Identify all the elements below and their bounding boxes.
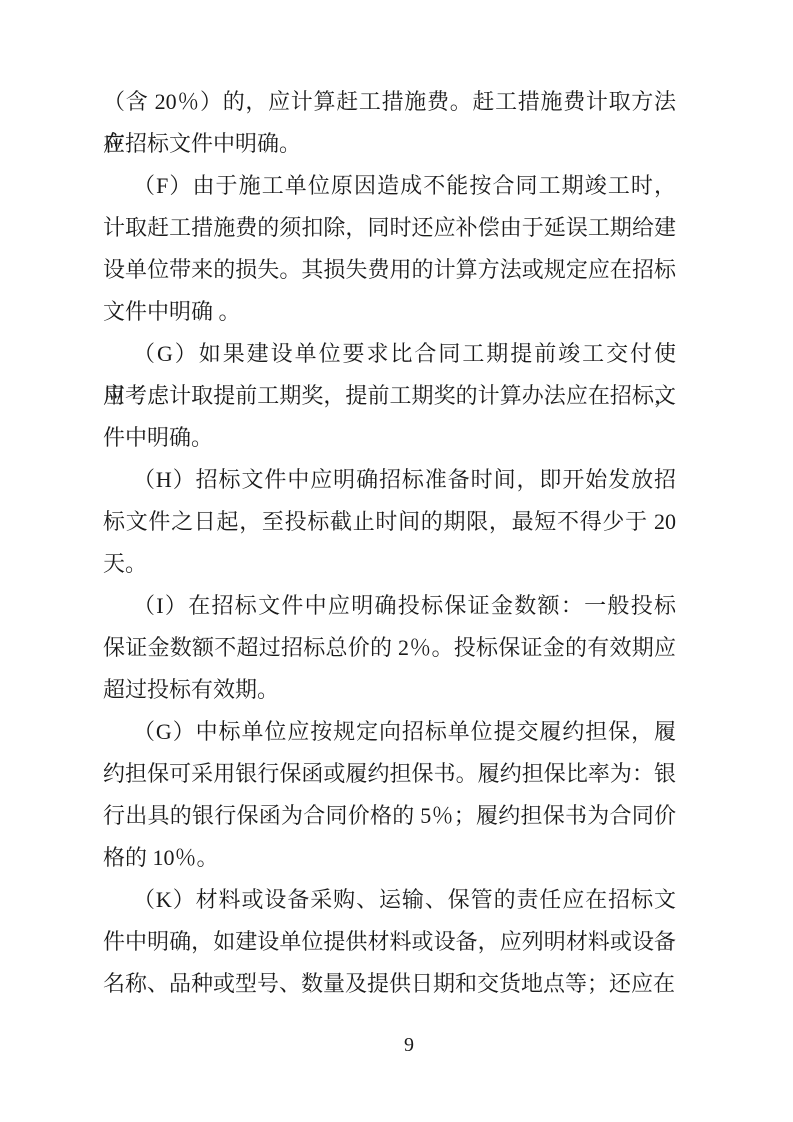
paragraph: （G）如果建设单位要求比合同工期提前竣工交付使用，应考虑计取提前工期奖，提前工期… — [103, 333, 676, 459]
text-line: 在招标文件中明确。 — [103, 123, 676, 165]
text-line: （H）招标文件中应明确招标准备时间，即开始发放招 — [103, 459, 676, 501]
paragraph: （含 20％）的，应计算赶工措施费。赶工措施费计取方法应在招标文件中明确。 — [103, 81, 676, 165]
text-line: 天。 — [103, 543, 676, 585]
text-line: （F）由于施工单位原因造成不能按合同工期竣工时， — [103, 165, 676, 207]
document-page: （含 20％）的，应计算赶工措施费。赶工措施费计取方法应在招标文件中明确。（F）… — [0, 0, 793, 1122]
text-line: 保证金数额不超过招标总价的 2％。投标保证金的有效期应 — [103, 627, 676, 669]
text-line: 件中明确。 — [103, 417, 676, 459]
text-line: （I）在招标文件中应明确投标保证金数额：一般投标 — [103, 585, 676, 627]
page-number: 9 — [404, 1034, 414, 1056]
document-body: （含 20％）的，应计算赶工措施费。赶工措施费计取方法应在招标文件中明确。（F）… — [103, 81, 676, 1005]
text-line: 件中明确，如建设单位提供材料或设备，应列明材料或设备 — [103, 921, 676, 963]
paragraph: （H）招标文件中应明确招标准备时间，即开始发放招标文件之日起，至投标截止时间的期… — [103, 459, 676, 585]
text-line: （含 20％）的，应计算赶工措施费。赶工措施费计取方法应 — [103, 81, 676, 123]
text-line: 计取赶工措施费的须扣除，同时还应补偿由于延误工期给建 — [103, 207, 676, 249]
text-line: 应考虑计取提前工期奖，提前工期奖的计算办法应在招标文 — [103, 375, 676, 417]
paragraph: （G）中标单位应按规定向招标单位提交履约担保，履约担保可采用银行保函或履约担保书… — [103, 711, 676, 879]
text-line: 标文件之日起，至投标截止时间的期限，最短不得少于 20 — [103, 501, 676, 543]
text-line: 约担保可采用银行保函或履约担保书。履约担保比率为：银 — [103, 753, 676, 795]
text-line: 行出具的银行保函为合同价格的 5％；履约担保书为合同价 — [103, 795, 676, 837]
paragraph: （F）由于施工单位原因造成不能按合同工期竣工时，计取赶工措施费的须扣除，同时还应… — [103, 165, 676, 333]
text-line: （G）中标单位应按规定向招标单位提交履约担保，履 — [103, 711, 676, 753]
text-line: 设单位带来的损失。其损失费用的计算方法或规定应在招标 — [103, 249, 676, 291]
paragraph: （K）材料或设备采购、运输、保管的责任应在招标文件中明确，如建设单位提供材料或设… — [103, 879, 676, 1005]
text-line: 格的 10％。 — [103, 837, 676, 879]
text-line: 超过投标有效期。 — [103, 669, 676, 711]
text-line: 文件中明确 。 — [103, 291, 676, 333]
paragraph: （I）在招标文件中应明确投标保证金数额：一般投标保证金数额不超过招标总价的 2％… — [103, 585, 676, 711]
text-line: （G）如果建设单位要求比合同工期提前竣工交付使用， — [103, 333, 676, 375]
text-line: （K）材料或设备采购、运输、保管的责任应在招标文 — [103, 879, 676, 921]
text-line: 名称、品种或型号、数量及提供日期和交货地点等；还应在 — [103, 963, 676, 1005]
